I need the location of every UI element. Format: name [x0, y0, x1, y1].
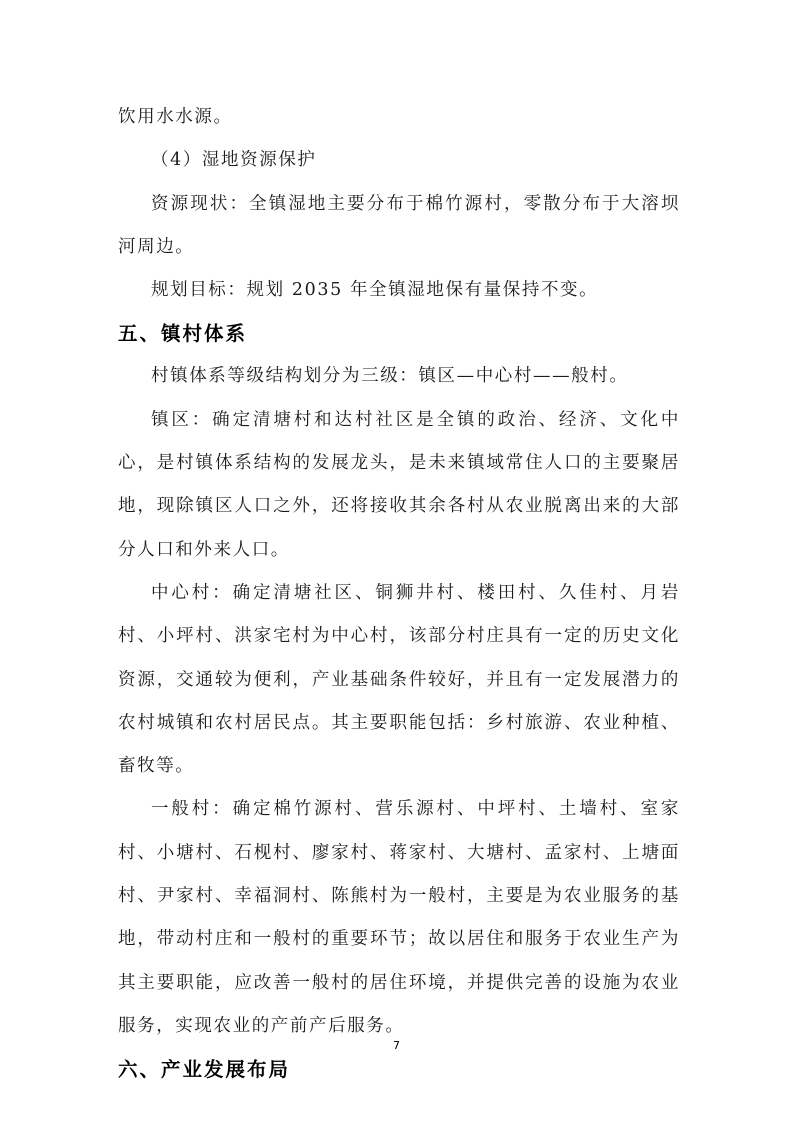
paragraph-town-area: 镇区：确定清塘村和达村社区是全镇的政治、经济、文化中心，是村镇体系结构的发展龙头… — [118, 399, 680, 572]
paragraph-wetland-status: 资源现状：全镇湿地主要分布于棉竹源村，零散分布于大溶坝河周边。 — [118, 183, 680, 270]
subsection-wetland-title: （4）湿地资源保护 — [118, 139, 680, 182]
paragraph-general-villages: 一般村：确定棉竹源村、营乐源村、中坪村、土墙村、室家村、小塘村、石枧村、廖家村、… — [118, 788, 680, 1048]
paragraph-wetland-goal: 规划目标：规划 2035 年全镇湿地保有量保持不变。 — [118, 269, 680, 312]
section-heading-town-village-system: 五、镇村体系 — [118, 312, 680, 355]
paragraph-drinking-water-end: 饮用水水源。 — [118, 96, 680, 139]
document-page: 饮用水水源。 （4）湿地资源保护 资源现状：全镇湿地主要分布于棉竹源村，零散分布… — [118, 96, 680, 1091]
paragraph-central-villages: 中心村：确定清塘社区、铜狮井村、楼田村、久佳村、月岩村、小坪村、洪家宅村为中心村… — [118, 572, 680, 788]
paragraph-hierarchy: 村镇体系等级结构划分为三级：镇区—中心村——般村。 — [118, 355, 680, 398]
section-heading-industry-layout: 六、产业发展布局 — [118, 1048, 680, 1091]
page-number: 7 — [0, 1039, 793, 1052]
